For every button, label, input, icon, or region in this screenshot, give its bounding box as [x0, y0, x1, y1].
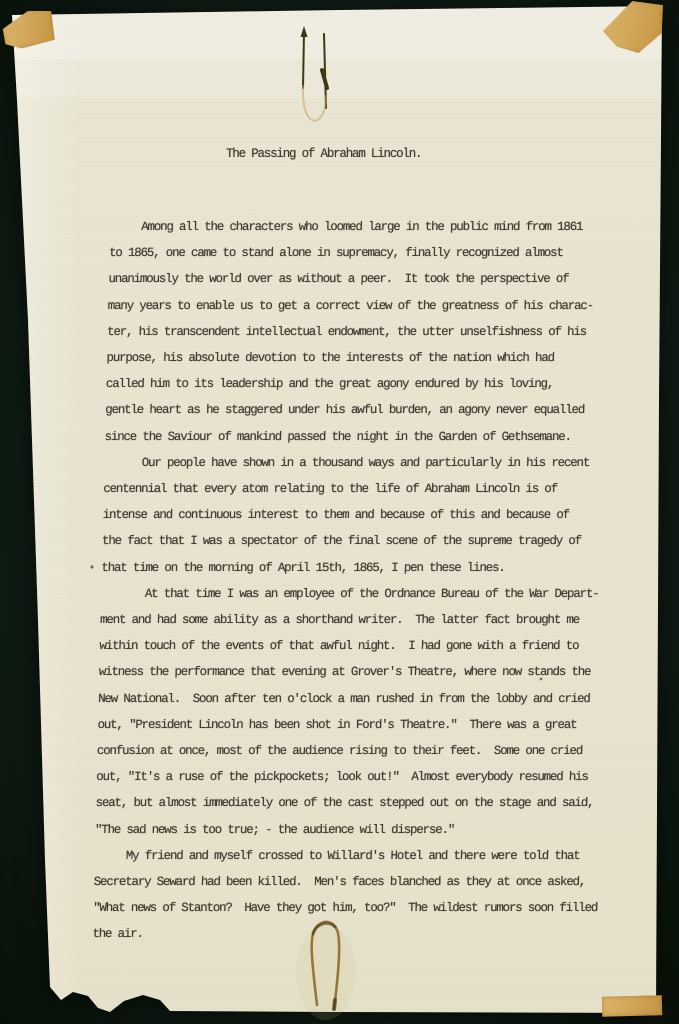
paragraph-3: At that time I was an employee of the Or… — [95, 581, 606, 843]
photograph-background: The Passing of Abraham Lincoln. Among al… — [0, 0, 679, 1024]
document-body: Among all the characters who loomed larg… — [92, 214, 614, 948]
document-title: The Passing of Abraham Lincoln. — [226, 141, 421, 167]
document-page: The Passing of Abraham Lincoln. Among al… — [0, 0, 679, 1024]
paper-shadow: The Passing of Abraham Lincoln. Among al… — [0, 0, 679, 1024]
paragraph-4: My friend and myself crossed to Willard'… — [92, 843, 599, 948]
tape-bottom-right — [602, 995, 663, 1017]
paragraph-1: Among all the characters who loomed larg… — [104, 214, 614, 450]
paragraph-2: Our people have shown in a thousand ways… — [101, 450, 608, 581]
